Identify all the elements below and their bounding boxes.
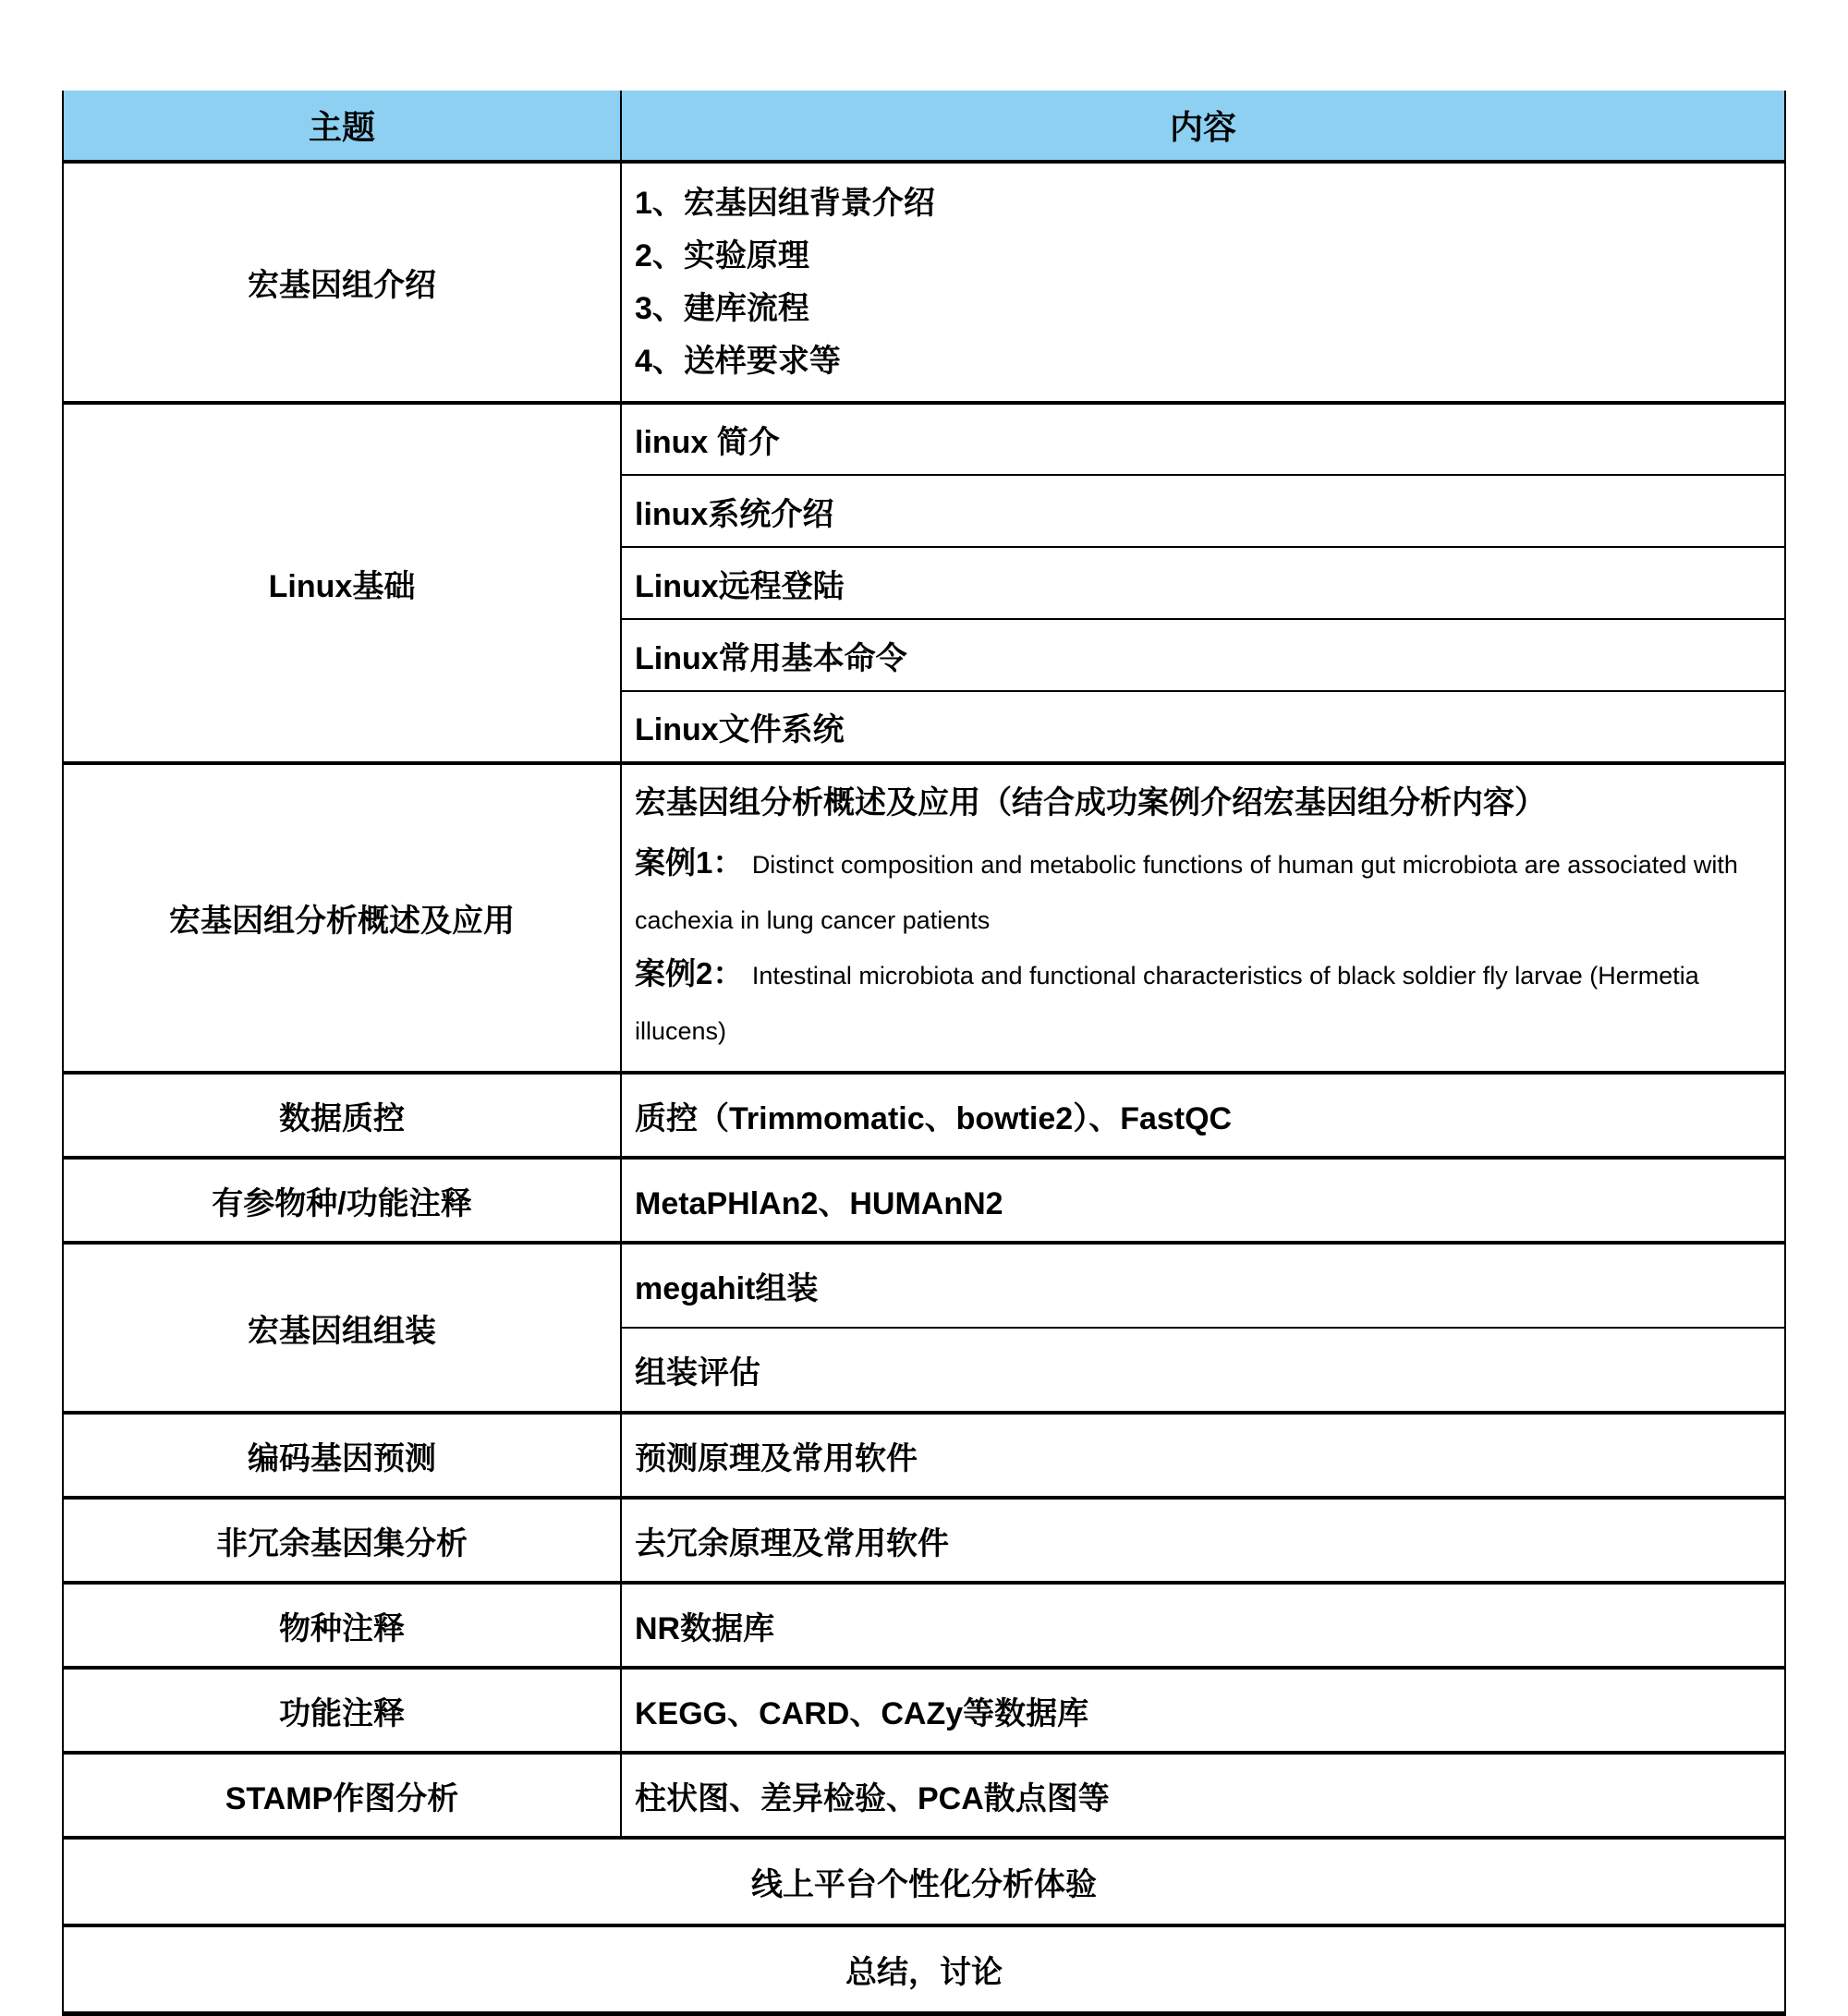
header-cell-content: 内容 <box>621 91 1785 162</box>
topic-cell-linux-basics: Linux基础 <box>63 403 621 763</box>
content-cell-linux-sub: linux 简介 <box>621 403 1785 475</box>
full-row-online-platform: 线上平台个性化分析体验 <box>63 1838 1785 1925</box>
content-cell-qc: 质控（Trimmomatic、bowtie2）、FastQC <box>621 1073 1785 1158</box>
table-row: 宏基因组分析概述及应用 宏基因组分析概述及应用（结合成功案例介绍宏基因组分析内容… <box>63 763 1785 1073</box>
topic-cell-stamp-plotting: STAMP作图分析 <box>63 1753 621 1838</box>
case-2-label: 案例2： <box>635 956 743 990</box>
content-line: 1、宏基因组背景介绍 <box>635 177 1762 230</box>
table-row: 线上平台个性化分析体验 <box>63 1838 1785 1925</box>
overview-line: 宏基因组分析概述及应用（结合成功案例介绍宏基因组分析内容） <box>635 778 1758 829</box>
table-row: 非冗余基因集分析 去冗余原理及常用软件 <box>63 1498 1785 1583</box>
content-cell-linux-sub: Linux常用基本命令 <box>621 619 1785 691</box>
case-1-label: 案例1： <box>635 845 743 880</box>
table-row: 宏基因组介绍 1、宏基因组背景介绍 2、实验原理 3、建库流程 4、送样要求等 <box>63 162 1785 403</box>
page: 主题 内容 宏基因组介绍 1、宏基因组背景介绍 2、实验原理 3、建库流程 4、… <box>0 0 1848 2011</box>
content-cell-metagenome-intro: 1、宏基因组背景介绍 2、实验原理 3、建库流程 4、送样要求等 <box>621 162 1785 403</box>
header-cell-topic: 主题 <box>63 91 621 162</box>
case-1-text: Distinct composition and metabolic funct… <box>635 851 1738 934</box>
table-row: 物种注释 NR数据库 <box>63 1583 1785 1668</box>
content-cell-nonredundant-geneset: 去冗余原理及常用软件 <box>621 1498 1785 1583</box>
topic-cell-function-annotation: 功能注释 <box>63 1668 621 1753</box>
table-header-row: 主题 内容 <box>63 91 1785 162</box>
table-row: STAMP作图分析 柱状图、差异检验、PCA散点图等 <box>63 1753 1785 1838</box>
topic-cell-nonredundant-geneset: 非冗余基因集分析 <box>63 1498 621 1583</box>
case-2: 案例2： Intestinal microbiota and functiona… <box>635 947 1758 1058</box>
topic-cell-reference-annotation: 有参物种/功能注释 <box>63 1158 621 1243</box>
table-row: 编码基因预测 预测原理及常用软件 <box>63 1413 1785 1498</box>
content-cell-analysis-overview: 宏基因组分析概述及应用（结合成功案例介绍宏基因组分析内容） 案例1： Disti… <box>621 763 1785 1073</box>
content-cell-taxonomy-annotation: NR数据库 <box>621 1583 1785 1668</box>
table-row: Linux基础 linux 简介 <box>63 403 1785 475</box>
case-2-text: Intestinal microbiota and functional cha… <box>635 962 1699 1045</box>
content-cell-linux-sub: Linux文件系统 <box>621 691 1785 763</box>
topic-cell-assembly: 宏基因组组装 <box>63 1243 621 1413</box>
content-cell-linux-sub: linux系统介绍 <box>621 475 1785 547</box>
table-row: 总结，讨论 <box>63 1925 1785 2013</box>
content-line: 4、送样要求等 <box>635 335 1762 388</box>
case-1: 案例1： Distinct composition and metabolic … <box>635 836 1758 947</box>
table-row: 有参物种/功能注释 MetaPHlAn2、HUMAnN2 <box>63 1158 1785 1243</box>
full-row-summary-discussion: 总结，讨论 <box>63 1925 1785 2013</box>
table-row: 功能注释 KEGG、CARD、CAZy等数据库 <box>63 1668 1785 1753</box>
table-row: 宏基因组组装 megahit组装 <box>63 1243 1785 1328</box>
content-cell-gene-prediction: 预测原理及常用软件 <box>621 1413 1785 1498</box>
content-cell-function-annotation: KEGG、CARD、CAZy等数据库 <box>621 1668 1785 1753</box>
content-cell-assembly-sub: megahit组装 <box>621 1243 1785 1328</box>
topic-cell-gene-prediction: 编码基因预测 <box>63 1413 621 1498</box>
content-cell-assembly-sub: 组装评估 <box>621 1328 1785 1413</box>
content-cell-linux-sub: Linux远程登陆 <box>621 547 1785 619</box>
topic-cell-metagenome-intro: 宏基因组介绍 <box>63 162 621 403</box>
content-cell-stamp-plotting: 柱状图、差异检验、PCA散点图等 <box>621 1753 1785 1838</box>
content-line: 3、建库流程 <box>635 283 1762 335</box>
topic-cell-qc: 数据质控 <box>63 1073 621 1158</box>
topic-cell-analysis-overview: 宏基因组分析概述及应用 <box>63 763 621 1073</box>
content-line: 2、实验原理 <box>635 230 1762 283</box>
topic-cell-taxonomy-annotation: 物种注释 <box>63 1583 621 1668</box>
table-row: 数据质控 质控（Trimmomatic、bowtie2）、FastQC <box>63 1073 1785 1158</box>
content-cell-reference-annotation: MetaPHlAn2、HUMAnN2 <box>621 1158 1785 1243</box>
course-outline-table: 主题 内容 宏基因组介绍 1、宏基因组背景介绍 2、实验原理 3、建库流程 4、… <box>62 91 1786 2016</box>
